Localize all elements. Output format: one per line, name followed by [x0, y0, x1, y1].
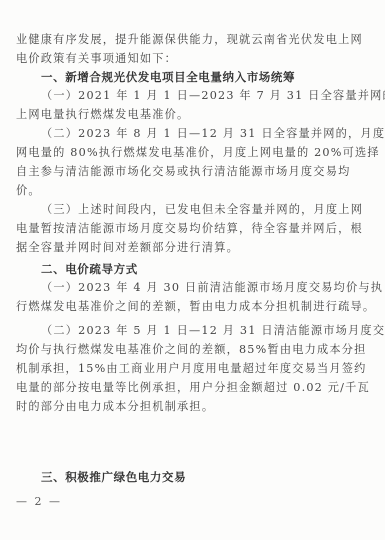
intro-line-1: 业健康有序发展，提升能源保供能力，现就云南省光伏发电上网: [16, 33, 363, 47]
s2-p2-line-4: 电量的部分按电量等比例承担，用户分担金额超过 0.02 元/千瓦: [16, 381, 370, 395]
s1-p2-line-2: 网电量的 80%执行燃煤发电基准价，月度上网电量的 20%可选择: [16, 146, 380, 160]
page-number: — 2 —: [16, 495, 62, 508]
s2-p1-line-1: （一）2023 年 4 月 30 日前清洁能源市场月度交易均价与执: [41, 281, 383, 295]
s1-p1-line-1: （一）2021 年 1 月 1 日—2023 年 7 月 31 日全容量并网的，: [41, 89, 385, 103]
s1-p1-line-2: 上网电量执行燃煤发电基准价。: [16, 108, 189, 122]
s1-p2-line-3: 自主参与清洁能源市场化交易或执行清洁能源市场月度交易均: [16, 165, 350, 179]
s1-p2-line-1: （二）2023 年 8 月 1 日—12 月 31 日全容量并网的，月度上: [41, 127, 385, 141]
section-1-heading: 一、新增合规光伏发电项目全电量纳入市场统筹: [41, 70, 295, 84]
s2-p1-line-2: 行燃煤发电基准价之间的差额，暂由电力成本分担机制进行疏导。: [16, 300, 375, 314]
intro-line-2: 电价政策有关事项通知如下：: [16, 52, 177, 66]
section-3-heading: 三、积极推广绿色电力交易: [41, 470, 186, 484]
s2-p2-line-3: 机制承担，15%由工商业用户月度用电量超过年度交易当月签约: [16, 362, 367, 376]
section-2-heading: 二、电价疏导方式: [41, 262, 138, 276]
s1-p3-line-3: 据全容量并网时间对差额部分进行清算。: [16, 241, 239, 255]
s2-p2-line-2: 均价与执行燃煤发电基准价之间的差额，85%暂由电力成本分担: [16, 343, 367, 357]
s1-p3-line-1: （三）上述时间段内，已发电但未全容量并网的，月度上网: [41, 203, 363, 217]
s2-p2-line-5: 时的部分由电力成本分担机制承担。: [16, 400, 214, 414]
s2-p2-line-1: （二）2023 年 5 月 1 日—12 月 31 日清洁能源市场月度交易: [41, 324, 385, 338]
document-page: 业健康有序发展，提升能源保供能力，现就云南省光伏发电上网 电价政策有关事项通知如…: [0, 0, 385, 540]
s1-p3-line-2: 电量暂按清洁能源市场月度交易均价结算，待全容量并网后，根: [16, 222, 363, 236]
s1-p2-line-4: 价。: [16, 184, 41, 198]
